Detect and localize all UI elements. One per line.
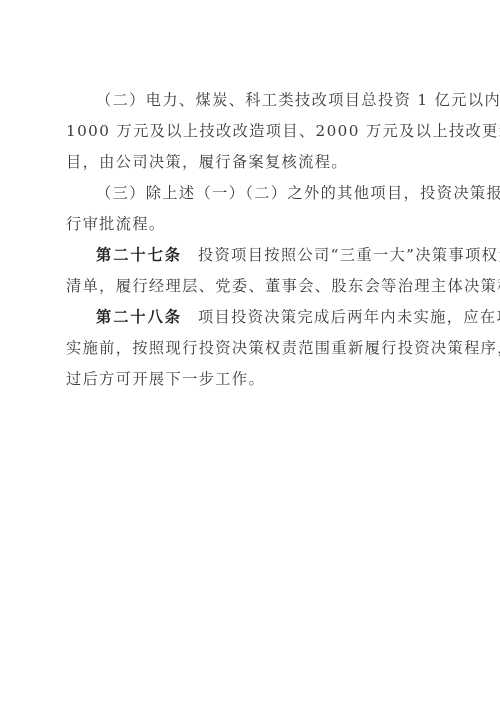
paragraph-line: （二）电力、煤炭、科工类技改项目总投资 1 亿元以内、 (96, 90, 432, 110)
paragraph-line: 过后方可开展下一步工作。 (66, 369, 432, 389)
article-27-line: 第二十七条投资项目按照公司“三重一大”决策事项权责 (96, 245, 432, 265)
paragraph-line: 实施前，按照现行投资决策权责范围重新履行投资决策程序，通 (66, 338, 432, 358)
document-page: （二）电力、煤炭、科工类技改项目总投资 1 亿元以内、 1000 万元及以上技改… (0, 0, 500, 707)
paragraph-line: 清单，履行经理层、党委、董事会、股东会等治理主体决策程序。 (66, 276, 432, 296)
paragraph-line: 1000 万元及以上技改改造项目、2000 万元及以上技改更新项 (66, 121, 432, 141)
article-text: 投资项目按照公司“三重一大”决策事项权责 (198, 246, 500, 264)
paragraph-line: 目，由公司决策，履行备案复核流程。 (66, 152, 432, 172)
paragraph-line: （三）除上述（一）（二）之外的其他项目，投资决策报履 (96, 183, 432, 203)
article-28-line: 第二十八条项目投资决策完成后两年内未实施，应在项目 (96, 307, 432, 327)
paragraph-line: 行审批流程。 (66, 214, 432, 234)
article-label: 第二十七条 (96, 246, 182, 264)
article-label: 第二十八条 (96, 308, 182, 326)
article-text: 项目投资决策完成后两年内未实施，应在项目 (198, 308, 500, 326)
